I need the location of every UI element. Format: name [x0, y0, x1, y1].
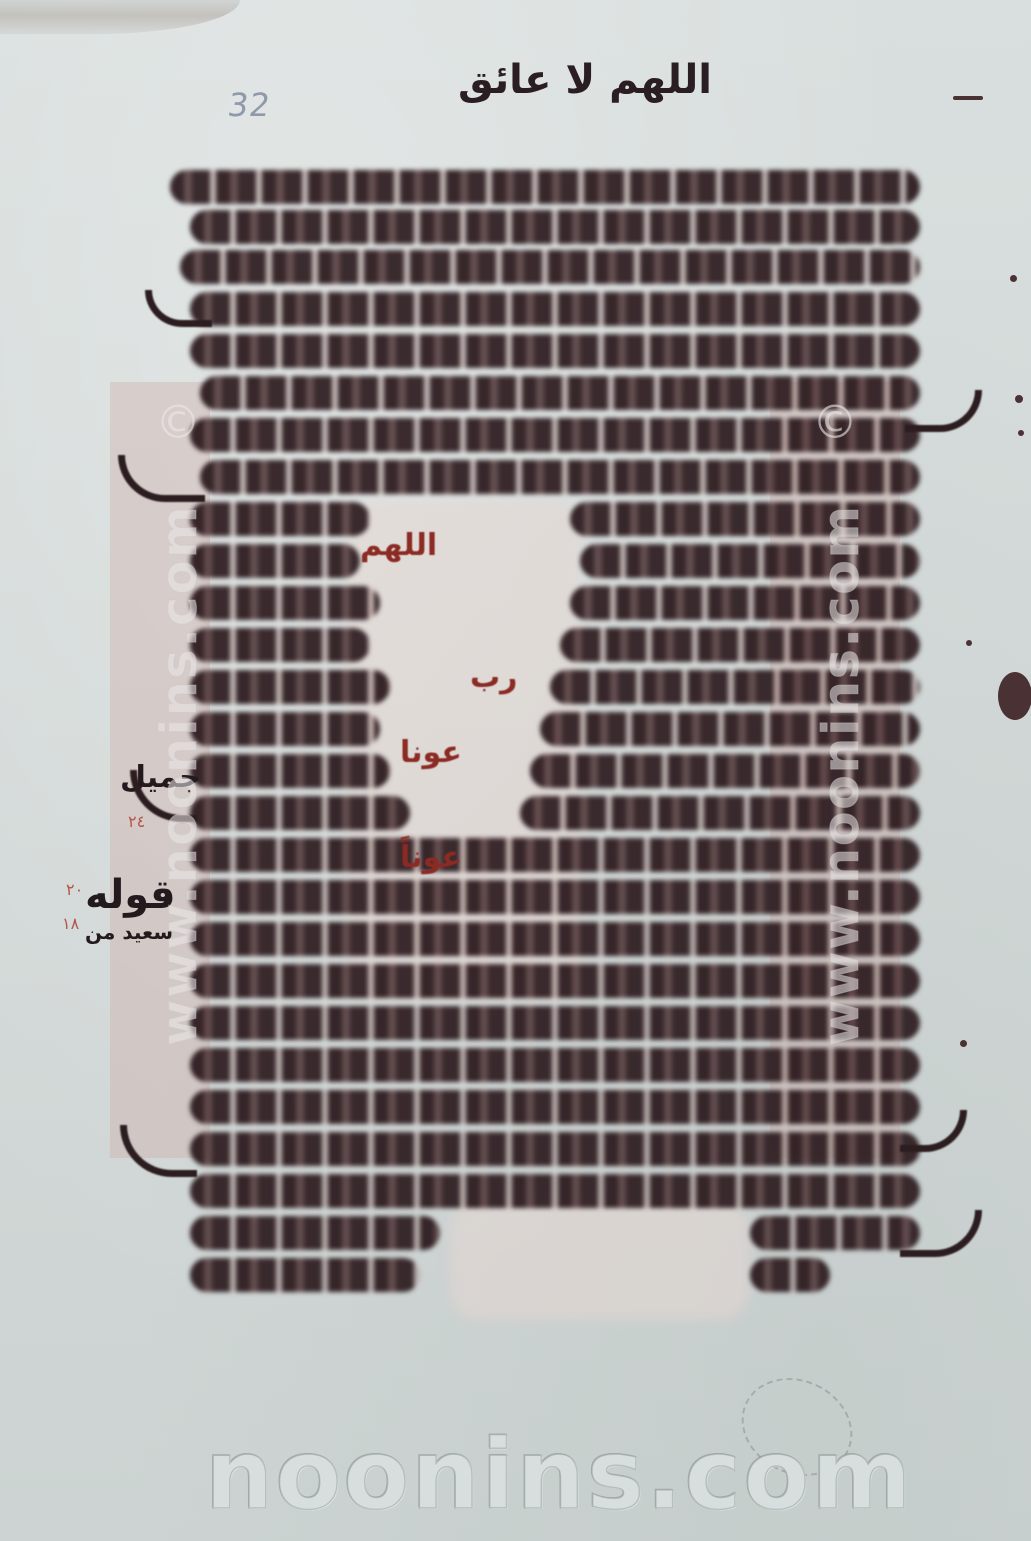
text-line — [190, 418, 920, 452]
red-margin-number: ٢٤ — [128, 812, 145, 831]
ink-stroke — [953, 96, 983, 100]
text-line — [180, 250, 920, 284]
vertical-watermark-right: www.noonins.com — [812, 395, 872, 1155]
copyright-icon: © — [155, 395, 201, 449]
footer-watermark: noonins.com — [205, 1425, 835, 1525]
text-line — [190, 1090, 920, 1124]
ink-speck — [1015, 395, 1023, 403]
text-line — [190, 1006, 920, 1040]
red-margin-number: ٢٠ — [66, 880, 83, 899]
text-line — [190, 670, 390, 704]
ink-speck — [960, 1040, 967, 1047]
text-line — [190, 1216, 440, 1250]
text-line — [190, 1258, 420, 1292]
text-line — [190, 880, 920, 914]
text-line — [190, 292, 920, 326]
text-line — [750, 1258, 830, 1292]
text-line — [190, 754, 390, 788]
red-margin-number: ١٨ — [62, 914, 79, 933]
ink-speck — [1018, 430, 1024, 436]
text-line — [190, 1048, 920, 1082]
text-line — [750, 1216, 920, 1250]
text-line — [190, 1132, 920, 1166]
text-line — [190, 964, 920, 998]
text-line — [190, 502, 370, 536]
ink-faded-area — [450, 1200, 750, 1320]
text-line — [170, 170, 920, 204]
text-line — [190, 712, 380, 746]
text-line — [190, 838, 920, 872]
vertical-watermark-left: www.noonins.com — [150, 395, 210, 1155]
text-line — [190, 1174, 920, 1208]
rubric-heading: اللهم — [360, 528, 437, 563]
rubric-heading: رب — [470, 660, 517, 695]
text-line — [190, 544, 360, 578]
ink-speck — [966, 640, 972, 646]
text-line — [190, 628, 370, 662]
text-line — [190, 334, 920, 368]
rubric-heading: عوناً — [400, 840, 462, 875]
ink-stain — [998, 672, 1031, 720]
text-line — [190, 922, 920, 956]
header-invocation: اللهم لا عائق — [450, 30, 720, 130]
text-line — [190, 586, 380, 620]
text-line — [190, 796, 410, 830]
rubric-heading: عونا — [400, 735, 462, 770]
text-line — [190, 210, 920, 244]
copyright-icon: © — [812, 395, 858, 449]
pencil-page-number: 32 — [225, 86, 273, 124]
ink-speck — [1010, 275, 1017, 282]
